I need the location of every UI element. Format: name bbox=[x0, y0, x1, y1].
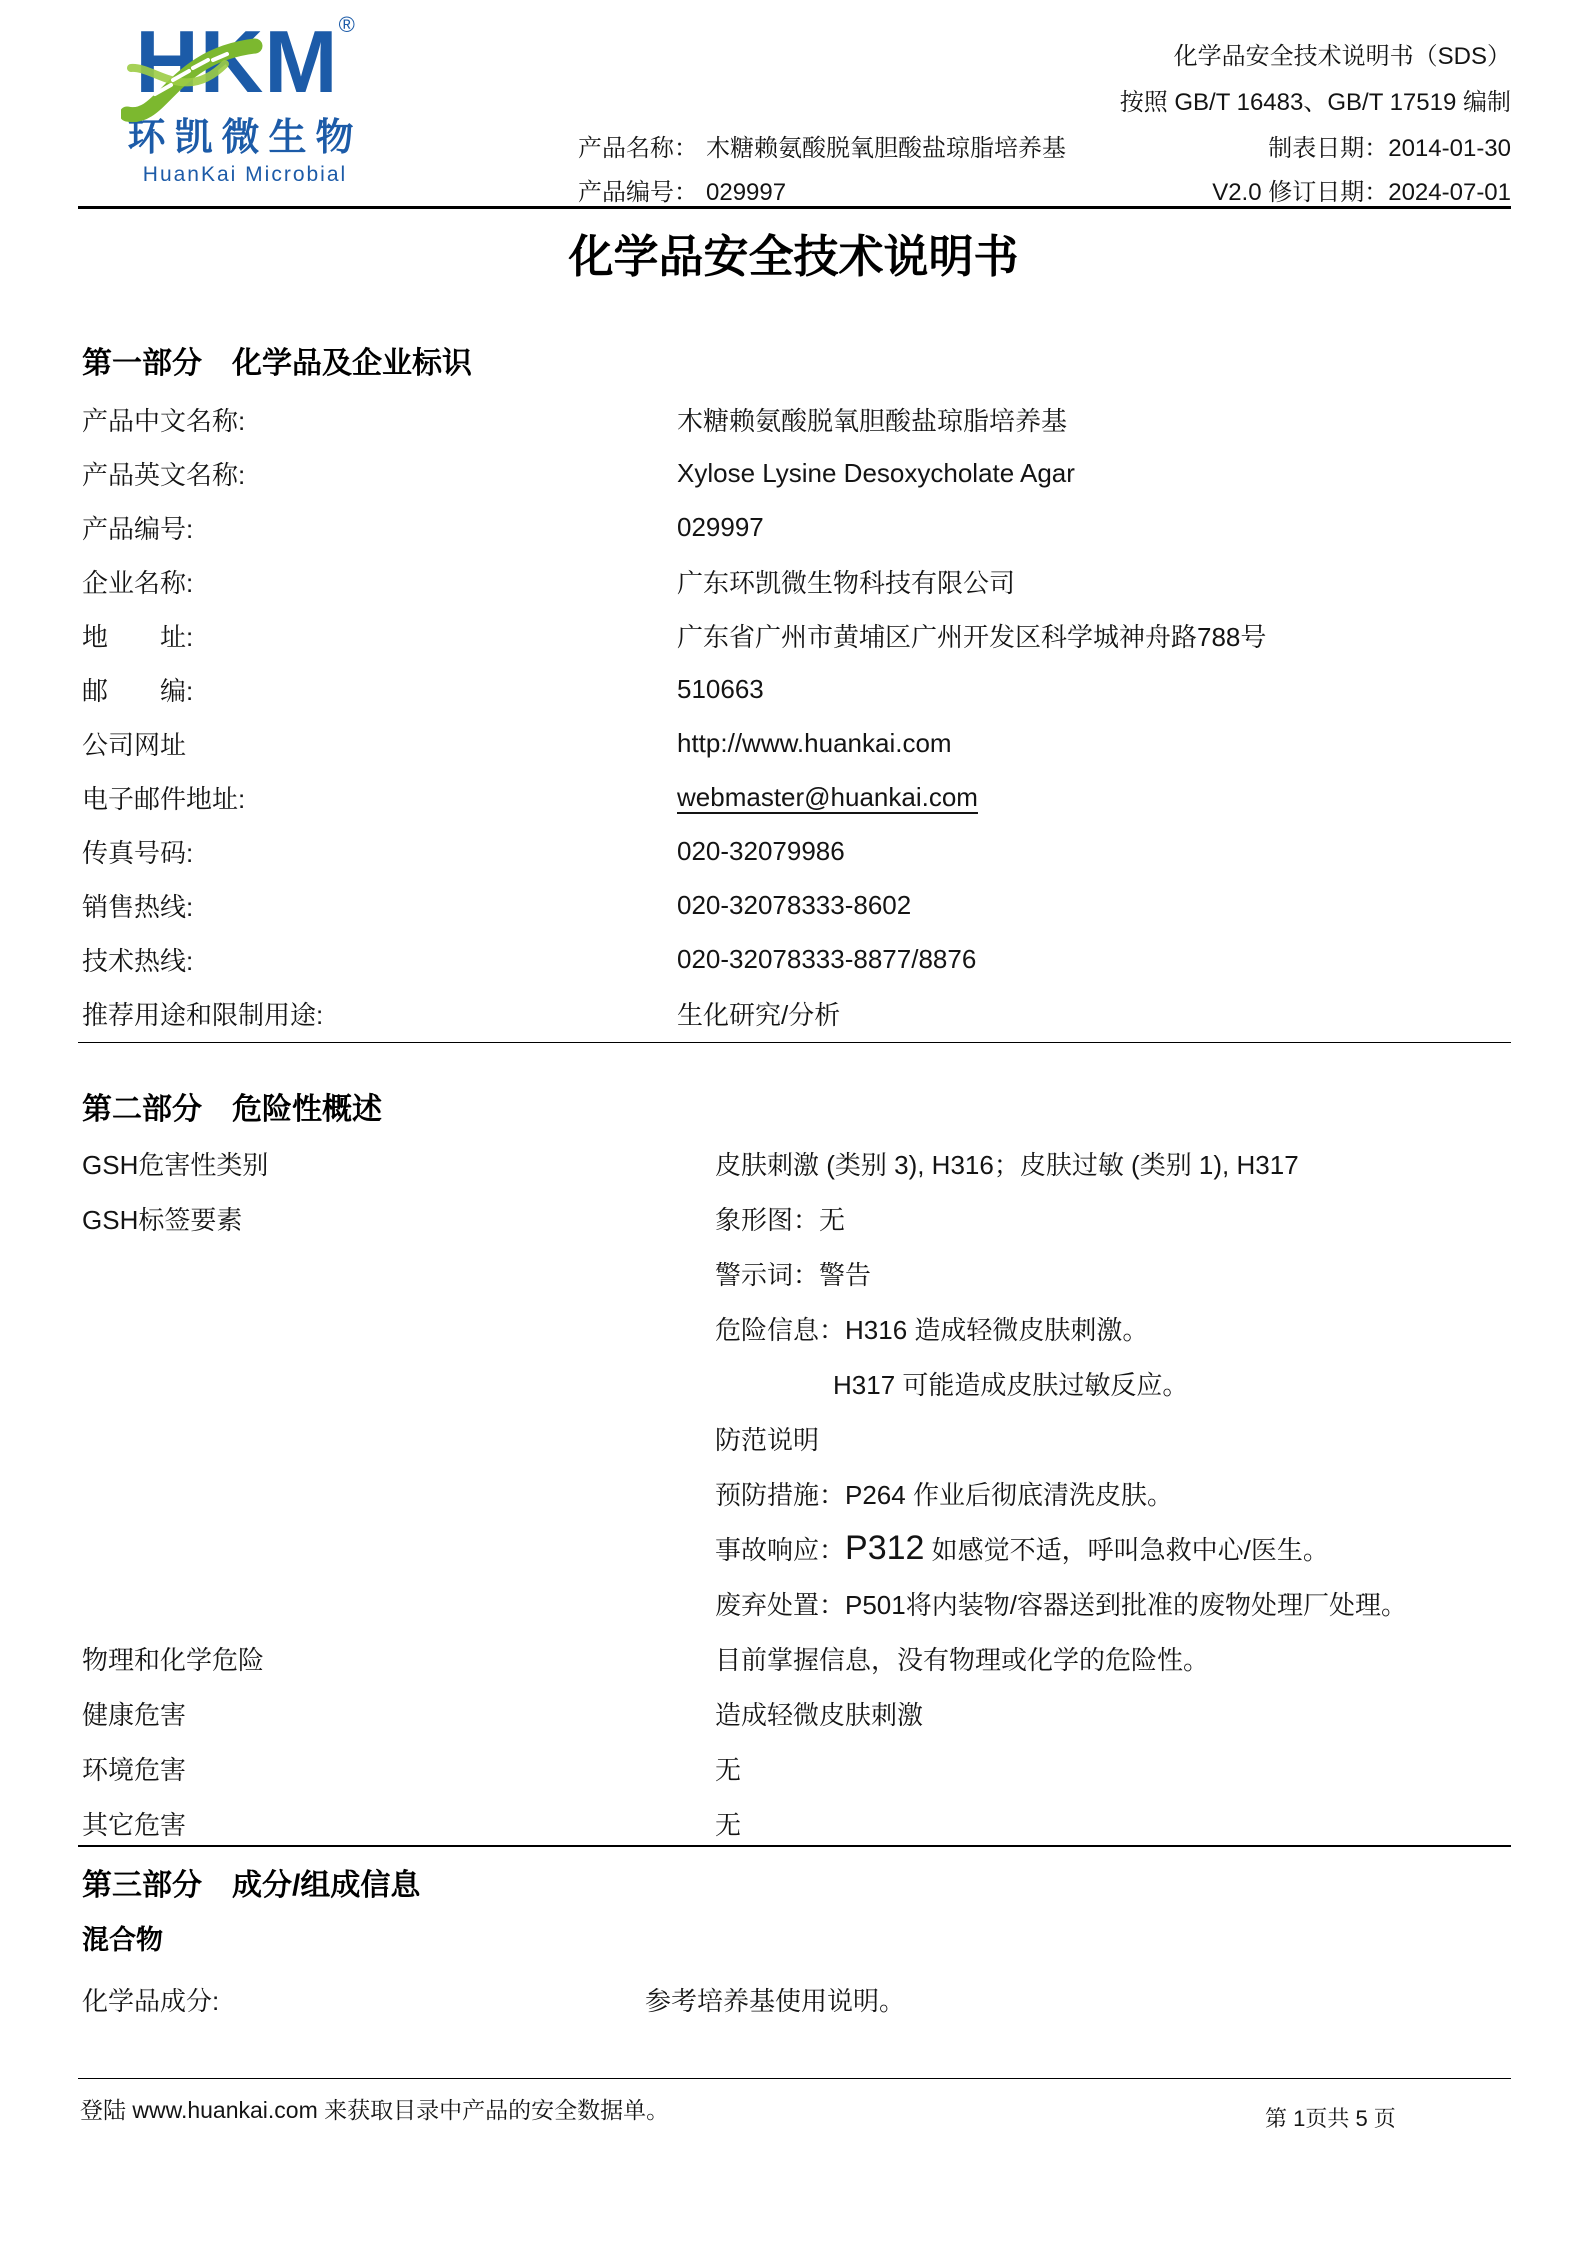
field-row-hazard-statement-h317: H317 可能造成皮肤过敏反应。 bbox=[82, 1356, 1511, 1411]
header-made-date-label: 制表日期： bbox=[1268, 135, 1388, 162]
footer-note: 登陆 www.huankai.com 来获取目录中产品的安全数据单。 bbox=[80, 2092, 669, 2125]
field-row-chemical-composition: 化学品成分:参考培养基使用说明。 bbox=[82, 1972, 1511, 2026]
response-text: 如感觉不适，呼叫急救中心/医生。 bbox=[924, 1535, 1328, 1565]
field-value: 防范说明 bbox=[715, 1420, 1511, 1457]
field-label: 健康危害 bbox=[82, 1695, 715, 1732]
field-label: 化学品成分: bbox=[82, 1981, 645, 2018]
header-made-date-value: 2014-01-30 bbox=[1388, 135, 1511, 162]
field-label: 技术热线: bbox=[82, 941, 677, 978]
field-value: 020-32079986 bbox=[677, 836, 1511, 867]
field-label: 产品中文名称: bbox=[82, 401, 677, 438]
field-row-sales-hotline: 销售热线:020-32078333-8602 bbox=[82, 878, 1511, 932]
field-row-disposal-p501: 废弃处置：P501将内装物/容器送到批准的废物处理厂处理。 bbox=[82, 1576, 1511, 1631]
field-row-product-name-en: 产品英文名称:Xylose Lysine Desoxycholate Agar bbox=[82, 446, 1511, 500]
field-row-precautionary-title: 防范说明 bbox=[82, 1411, 1511, 1466]
field-row-other-hazard: 其它危害无 bbox=[82, 1796, 1511, 1851]
header-product-name-label: 产品名称： bbox=[578, 135, 698, 162]
field-label: 电子邮件地址: bbox=[82, 779, 677, 816]
field-label: 物理和化学危险 bbox=[82, 1640, 715, 1677]
field-value: 029997 bbox=[677, 512, 1511, 543]
field-label: 传真号码: bbox=[82, 833, 677, 870]
field-label: 产品编号: bbox=[82, 509, 677, 546]
field-row-fax: 传真号码:020-32079986 bbox=[82, 824, 1511, 878]
field-label: 邮 编: bbox=[82, 671, 677, 708]
field-value: 020-32078333-8602 bbox=[677, 890, 1511, 921]
response-prefix: 事故响应： bbox=[715, 1535, 845, 1565]
field-value: 皮肤刺激 (类别 3), H316；皮肤过敏 (类别 1), H317 bbox=[715, 1145, 1511, 1182]
field-row-product-code: 产品编号:029997 bbox=[82, 500, 1511, 554]
sds-document-page: HKM® 环凯微生物 HuanKai Microbial 化学品安全技术说明书（… bbox=[0, 0, 1587, 2245]
field-value: 广东环凯微生物科技有限公司 bbox=[677, 563, 1511, 600]
field-row-product-name-cn: 产品中文名称:木糖赖氨酸脱氧胆酸盐琼脂培养基 bbox=[82, 392, 1511, 446]
response-code: P312 bbox=[845, 1529, 924, 1567]
field-row-label-elements: GSH标签要素象形图：无 bbox=[82, 1191, 1511, 1246]
email-link[interactable]: webmaster@huankai.com bbox=[677, 782, 1511, 813]
company-logo: HKM® 环凯微生物 HuanKai Microbial bbox=[78, 18, 412, 187]
field-value: 造成轻微皮肤刺激 bbox=[715, 1695, 1511, 1732]
field-row-environment-hazard: 环境危害无 bbox=[82, 1741, 1511, 1796]
logo-text-hkm: HKM bbox=[135, 12, 338, 111]
header-product-code: 产品编号：029997 bbox=[578, 172, 786, 207]
field-label: 销售热线: bbox=[82, 887, 677, 924]
page-number: 第 1页共 5 页 bbox=[1265, 2102, 1396, 2133]
logo-company-name-en: HuanKai Microbial bbox=[78, 163, 412, 187]
field-value: 生化研究/分析 bbox=[677, 995, 1511, 1032]
field-label: 环境危害 bbox=[82, 1750, 715, 1787]
field-value: 警示词：警告 bbox=[715, 1255, 1511, 1292]
field-label: 产品英文名称: bbox=[82, 455, 677, 492]
field-row-response-p312: 事故响应：P312 如感觉不适，呼叫急救中心/医生。 bbox=[82, 1521, 1511, 1576]
field-value: Xylose Lysine Desoxycholate Agar bbox=[677, 458, 1511, 489]
header-standard: 按照 GB/T 16483、GB/T 17519 编制 bbox=[1120, 82, 1511, 117]
field-row-email: 电子邮件地址:webmaster@huankai.com bbox=[82, 770, 1511, 824]
section1-rows: 产品中文名称:木糖赖氨酸脱氧胆酸盐琼脂培养基 产品英文名称:Xylose Lys… bbox=[82, 392, 1511, 1040]
field-value: 事故响应：P312 如感觉不适，呼叫急救中心/医生。 bbox=[715, 1529, 1511, 1568]
field-value: 预防措施：P264 作业后彻底清洗皮肤。 bbox=[715, 1475, 1511, 1512]
field-value: 废弃处置：P501将内装物/容器送到批准的废物处理厂处理。 bbox=[715, 1585, 1511, 1622]
field-value: 无 bbox=[715, 1750, 1511, 1787]
field-row-company-name: 企业名称:广东环凯微生物科技有限公司 bbox=[82, 554, 1511, 608]
section2-heading: 第二部分 危险性概述 bbox=[82, 1084, 382, 1128]
field-row-hazard-class: GSH危害性类别皮肤刺激 (类别 3), H316；皮肤过敏 (类别 1), H… bbox=[82, 1136, 1511, 1191]
header-doc-type: 化学品安全技术说明书（SDS） bbox=[1174, 36, 1511, 71]
field-label: GSH标签要素 bbox=[82, 1200, 715, 1237]
field-value: 广东省广州市黄埔区广州开发区科学城神舟路788号 bbox=[677, 617, 1511, 654]
field-value: 象形图：无 bbox=[715, 1200, 1511, 1237]
page-title: 化学品安全技术说明书 bbox=[0, 220, 1587, 285]
section3-rows: 化学品成分:参考培养基使用说明。 bbox=[82, 1972, 1511, 2026]
field-row-website: 公司网址http://www.huankai.com bbox=[82, 716, 1511, 770]
field-row-address: 地 址:广东省广州市黄埔区广州开发区科学城神舟路788号 bbox=[82, 608, 1511, 662]
header-product-code-value: 029997 bbox=[706, 179, 786, 206]
logo-company-name-cn: 环凯微生物 bbox=[78, 106, 412, 161]
field-row-hazard-statement-h316: 危险信息：H316 造成轻微皮肤刺激。 bbox=[82, 1301, 1511, 1356]
header-product-name: 产品名称：木糖赖氨酸脱氧胆酸盐琼脂培养基 bbox=[578, 128, 1066, 163]
section-divider bbox=[78, 1845, 1511, 1847]
footer-divider bbox=[78, 2078, 1511, 2079]
field-label: 企业名称: bbox=[82, 563, 677, 600]
field-row-tech-hotline: 技术热线:020-32078333-8877/8876 bbox=[82, 932, 1511, 986]
field-value: 木糖赖氨酸脱氧胆酸盐琼脂培养基 bbox=[677, 401, 1511, 438]
section-divider bbox=[78, 1042, 1511, 1043]
field-value: 510663 bbox=[677, 674, 1511, 705]
registered-trademark-icon: ® bbox=[339, 12, 355, 37]
section3-subheading: 混合物 bbox=[82, 1918, 163, 1957]
header-product-code-label: 产品编号： bbox=[578, 179, 698, 206]
field-label: GSH危害性类别 bbox=[82, 1145, 715, 1182]
field-row-prevention-p264: 预防措施：P264 作业后彻底清洗皮肤。 bbox=[82, 1466, 1511, 1521]
section2-rows: GSH危害性类别皮肤刺激 (类别 3), H316；皮肤过敏 (类别 1), H… bbox=[82, 1136, 1511, 1851]
field-label: 其它危害 bbox=[82, 1805, 715, 1842]
section1-heading: 第一部分 化学品及企业标识 bbox=[82, 338, 472, 382]
header-made-date: 制表日期：2014-01-30 bbox=[1268, 128, 1511, 163]
header-divider bbox=[78, 206, 1511, 209]
field-value: 无 bbox=[715, 1805, 1511, 1842]
section3-heading: 第三部分 成分/组成信息 bbox=[82, 1860, 420, 1904]
field-row-health-hazard: 健康危害造成轻微皮肤刺激 bbox=[82, 1686, 1511, 1741]
field-label: 推荐用途和限制用途: bbox=[82, 995, 677, 1032]
field-label: 公司网址 bbox=[82, 725, 677, 762]
field-value: H317 可能造成皮肤过敏反应。 bbox=[715, 1365, 1511, 1402]
header-revision: V2.0 修订日期：2024-07-01 bbox=[1212, 172, 1511, 207]
header-product-name-value: 木糖赖氨酸脱氧胆酸盐琼脂培养基 bbox=[706, 135, 1066, 162]
field-value: 020-32078333-8877/8876 bbox=[677, 944, 1511, 975]
field-value: 危险信息：H316 造成轻微皮肤刺激。 bbox=[715, 1310, 1511, 1347]
field-value: 目前掌握信息，没有物理或化学的危险性。 bbox=[715, 1640, 1511, 1677]
website-url: http://www.huankai.com bbox=[677, 728, 1511, 759]
field-label: 地 址: bbox=[82, 617, 677, 654]
field-row-postcode: 邮 编:510663 bbox=[82, 662, 1511, 716]
field-row-physical-chemical-hazard: 物理和化学危险目前掌握信息，没有物理或化学的危险性。 bbox=[82, 1631, 1511, 1686]
logo-mark: HKM® bbox=[135, 18, 355, 106]
field-row-recommended-use: 推荐用途和限制用途:生化研究/分析 bbox=[82, 986, 1511, 1040]
field-row-signal-word: 警示词：警告 bbox=[82, 1246, 1511, 1301]
field-value: 参考培养基使用说明。 bbox=[645, 1981, 1511, 2018]
header-revision-label: V2.0 修订日期： bbox=[1212, 179, 1388, 206]
header-revision-value: 2024-07-01 bbox=[1388, 179, 1511, 206]
